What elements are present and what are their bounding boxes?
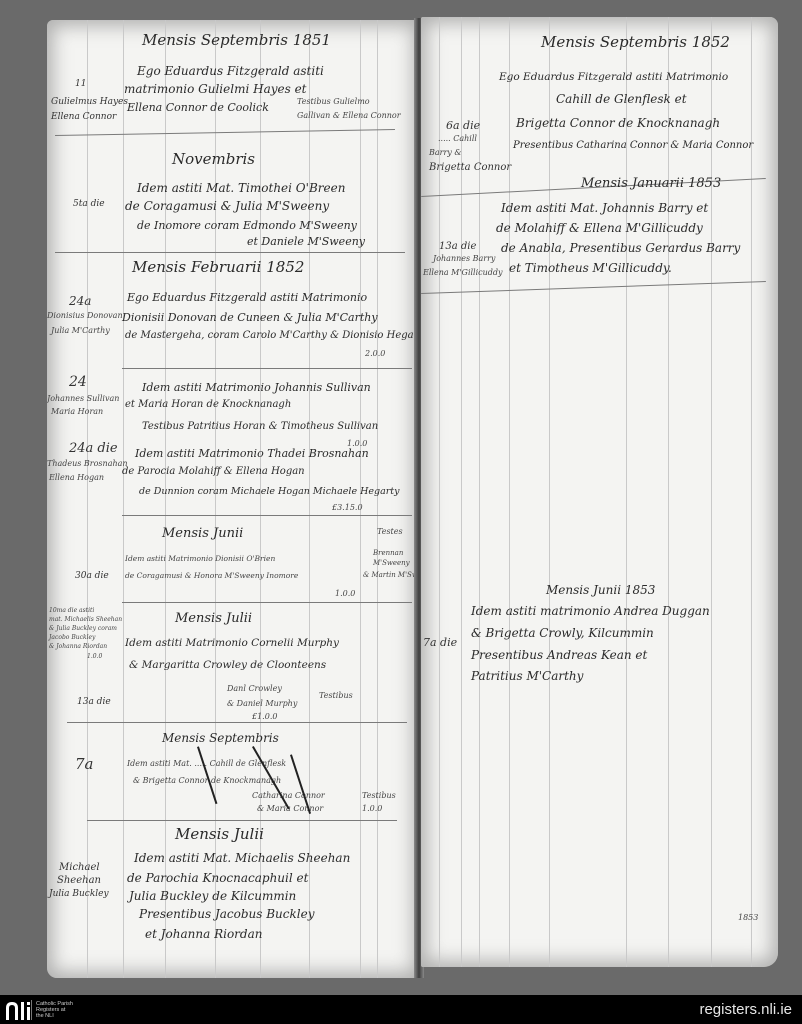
entry-line: Idem astiti Matrimonio Johannis Sullivan xyxy=(142,382,371,393)
margin-note: 10ma die astiti xyxy=(49,608,94,614)
entry-margin-name: Julia M'Carthy xyxy=(51,327,110,335)
entry-heading: Mensis Januarii 1853 xyxy=(581,177,721,190)
entry-margin-name: Barry & xyxy=(429,149,461,157)
entry-heading: Mensis Julii xyxy=(175,612,252,625)
entry-margin-name: Maria Horan xyxy=(51,408,103,416)
margin-note: mat. Michaelis Sheehan xyxy=(49,617,122,623)
entry-line: de Inomore coram Edmondo M'Sweeny xyxy=(137,220,357,231)
witness-label: Testibus xyxy=(362,792,396,800)
entry-margin-name: Dionisius Donovan xyxy=(47,312,123,320)
entry-line: Idem astiti Matrimonio Dionisii O'Brien xyxy=(125,555,275,563)
entry-fee: 1.0.0 xyxy=(362,805,382,813)
entry-margin-name: Ellena Hogan xyxy=(49,474,104,482)
page-number: 1853 xyxy=(738,914,758,922)
entry-margin-name: Ellena M'Gillicuddy xyxy=(423,269,503,277)
image-viewer: Mensis Septembris 1851 11 Gulielmus Haye… xyxy=(0,0,802,995)
entry-heading: Mensis Septembris 1852 xyxy=(541,35,730,50)
logo-divider xyxy=(31,1000,32,1020)
entry-line: de Parocia Molahiff & Ellena Hogan xyxy=(122,467,305,477)
entry-line: & Brigetta Crowly, Kilcummin xyxy=(471,627,654,639)
entry-day: 6a die xyxy=(446,120,480,131)
entry-fee: 2.0.0 xyxy=(365,350,385,358)
entry-line: de Coragamusi & Julia M'Sweeny xyxy=(125,200,329,212)
entry-day: 24a xyxy=(69,295,91,307)
witness-label: Testes xyxy=(377,528,403,536)
entry-line: Ego Eduardus Fitzgerald astiti Matrimoni… xyxy=(499,72,728,83)
nli-footer: Catholic Parish Registers at the NLI reg… xyxy=(0,995,802,1024)
entry-line: Brigetta Connor de Knocknanagh xyxy=(516,117,720,129)
entry-line: Idem astiti Mat. Michaelis Sheehan xyxy=(134,852,350,864)
entry-witness: Brennan xyxy=(373,550,403,557)
entry-line: & Margaritta Crowley de Cloonteens xyxy=(129,660,326,671)
entry-heading: Mensis Septembris 1851 xyxy=(142,33,331,48)
entry-day: 5ta die xyxy=(73,200,105,209)
entry-line: Idem astiti Matrimonio Thadei Brosnahan xyxy=(135,448,369,459)
entry-margin-name: Michael xyxy=(59,863,100,873)
entry-line: et Maria Horan de Knocknanagh xyxy=(125,400,291,410)
entry-margin-name: Sheehan xyxy=(57,876,101,886)
entry-margin-name: Thadeus Brosnahan xyxy=(47,460,128,468)
entry-line: matrimonio Gulielmi Hayes et xyxy=(124,83,307,95)
entry-margin-name: Johannes Sullivan xyxy=(47,395,119,403)
entry-line: et Timotheus M'Gillicuddy. xyxy=(509,262,672,274)
entry-witness: Danl Crowley xyxy=(227,685,282,693)
entry-margin-name: Johannes Barry xyxy=(433,255,495,263)
entry-line: et Johanna Riordan xyxy=(145,928,262,940)
entry-witness: Catharina Connor xyxy=(252,792,325,800)
witness-label: Testibus xyxy=(319,692,353,700)
register-page-left: Mensis Septembris 1851 11 Gulielmus Haye… xyxy=(47,20,419,978)
entry-day: 13a die xyxy=(439,242,476,252)
margin-note: & Julia Buckley coram xyxy=(49,626,117,632)
margin-note: & Johanna Riordan xyxy=(49,644,107,650)
entry-fee: £3.15.0 xyxy=(332,504,363,512)
entry-day: 7a die xyxy=(423,637,457,648)
entry-heading: Mensis Junii xyxy=(162,527,243,540)
entry-margin-name: Brigetta Connor xyxy=(429,163,511,173)
entry-heading: Mensis Septembris xyxy=(162,732,279,744)
entry-day: 13a die xyxy=(77,698,111,707)
nli-caption: Catholic Parish Registers at the NLI xyxy=(36,1001,73,1019)
entry-margin-name: Ellena Connor xyxy=(51,113,116,122)
entry-line: et Daniele M'Sweeny xyxy=(247,236,365,247)
entry-fee: £1.0.0 xyxy=(252,713,277,721)
entry-line: Idem astiti Mat. Timothei O'Breen xyxy=(137,182,345,194)
entry-line: Presentibus Catharina Connor & Maria Con… xyxy=(513,141,753,151)
register-page-right: Mensis Septembris 1852 6a die ..... Cahi… xyxy=(421,17,778,967)
entry-line: de Anabla, Presentibus Gerardus Barry xyxy=(501,242,740,254)
entry-day: 30a die xyxy=(75,572,109,581)
nli-logo-icon xyxy=(4,999,34,1021)
entry-line: de Dunnion coram Michaele Hogan Michaele… xyxy=(139,487,399,497)
entry-line: Ego Eduardus Fitzgerald astiti xyxy=(137,65,324,77)
entry-line: Ego Eduardus Fitzgerald astiti Matrimoni… xyxy=(127,292,367,303)
entry-line: Testibus Patritius Horan & Timotheus Sul… xyxy=(142,422,378,432)
entry-line: Idem astiti Mat. Johannis Barry et xyxy=(501,202,708,214)
entry-heading: Mensis Junii 1853 xyxy=(546,584,655,596)
entry-day: 24 xyxy=(69,375,87,389)
margin-fee: 1.0.0 xyxy=(87,654,102,660)
entry-witness: & Martin M'Sweeny xyxy=(363,572,419,579)
entry-line: de Coragamusi & Honora M'Sweeny Inomore xyxy=(125,572,298,580)
entry-heading: Novembris xyxy=(172,152,255,167)
entry-witness: Gallivan & Ellena Connor xyxy=(297,112,401,120)
entry-line: Dionisii Donovan de Cuneen & Julia M'Car… xyxy=(122,312,378,323)
entry-line: de Molahiff & Ellena M'Gillicuddy xyxy=(496,222,703,234)
entry-line: Julia Buckley de Kilcummin xyxy=(129,890,296,902)
entry-witness: Testibus Gulielmo xyxy=(297,98,370,106)
entry-heading: Mensis Februarii 1852 xyxy=(132,260,304,275)
entry-witness: & Maria Connor xyxy=(257,805,323,813)
entry-line: Idem astiti Matrimonio Cornelii Murphy xyxy=(125,638,339,649)
entry-line: de Parochia Knocnacaphuil et xyxy=(127,872,308,884)
entry-witness: M'Sweeny xyxy=(373,560,410,567)
entry-day: 11 xyxy=(75,80,86,89)
entry-margin-name: Julia Buckley xyxy=(49,890,109,899)
entry-line: Presentibus Jacobus Buckley xyxy=(139,908,315,920)
entry-line: de Mastergeha, coram Carolo M'Carthy & D… xyxy=(125,331,419,341)
entry-day: 24a die xyxy=(69,442,118,455)
site-url-link[interactable]: registers.nli.ie xyxy=(699,1001,792,1018)
entry-line: Ellena Connor de Coolick xyxy=(127,102,269,113)
entry-heading: Mensis Julii xyxy=(175,827,264,842)
entry-line: Idem astiti matrimonio Andrea Duggan xyxy=(471,605,710,617)
entry-line: Cahill de Glenflesk et xyxy=(556,93,687,105)
entry-day: 7a xyxy=(75,757,94,772)
entry-line: Patritius M'Carthy xyxy=(471,670,583,682)
entry-margin-name: ..... Cahill xyxy=(438,135,477,143)
entry-witness: & Daniel Murphy xyxy=(227,700,297,708)
entry-fee: 1.0.0 xyxy=(335,590,355,598)
entry-line: Presentibus Andreas Kean et xyxy=(471,649,647,661)
entry-margin-name: Gulielmus Hayes xyxy=(51,98,128,107)
margin-note: Jacobo Buckley xyxy=(49,635,95,641)
